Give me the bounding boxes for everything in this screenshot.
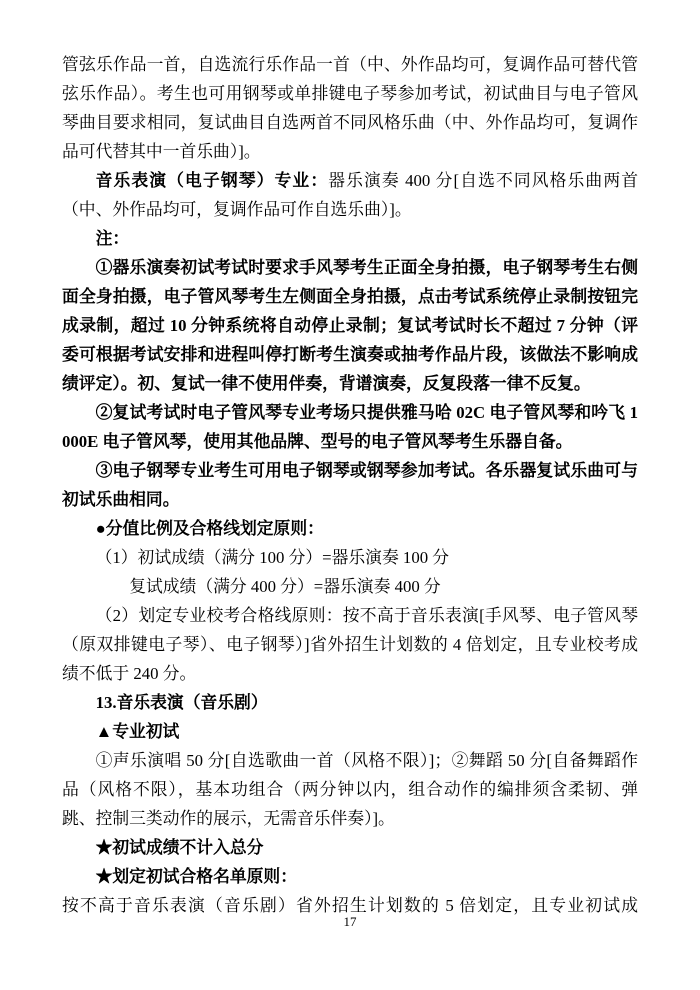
note-label: 注： xyxy=(62,224,638,253)
star-note-1: ★初试成绩不计入总分 xyxy=(62,833,638,862)
major-epiano-paragraph: 音乐表演（电子钢琴）专业：器乐演奏 400 分[自选不同风格乐曲两首（中、外作品… xyxy=(62,166,638,224)
note-2: ②复试考试时电子管风琴专业考场只提供雅马哈 02C 电子管风琴和吟飞 1000E… xyxy=(62,398,638,456)
score-rule-1: （1）初试成绩（满分 100 分）=器乐演奏 100 分 xyxy=(62,543,638,572)
initial-exam-content: ①声乐演唱 50 分[自选歌曲一首（风格不限）]；②舞蹈 50 分[自备舞蹈作品… xyxy=(62,746,638,833)
document-page: 管弦乐作品一首，自选流行乐作品一首（中、外作品均可，复调作品可替代管弦乐作品）。… xyxy=(0,0,700,990)
star-note-2: ★划定初试合格名单原则： xyxy=(62,862,638,891)
score-ratio-heading: ●分值比例及合格线划定原则： xyxy=(62,514,638,543)
page-number: 17 xyxy=(344,914,357,929)
note-3: ③电子钢琴专业考生可用电子钢琴或钢琴参加考试。各乐器复试乐曲可与初试乐曲相同。 xyxy=(62,456,638,514)
major-epiano-label: 音乐表演（电子钢琴）专业： xyxy=(96,171,329,190)
page-footer: 17 xyxy=(0,912,700,932)
continuation-paragraph: 管弦乐作品一首，自选流行乐作品一首（中、外作品均可，复调作品可替代管弦乐作品）。… xyxy=(62,50,638,166)
score-rule-1b: 复试成绩（满分 400 分）=器乐演奏 400 分 xyxy=(62,572,638,601)
section-13-heading: 13.音乐表演（音乐剧） xyxy=(62,688,638,717)
initial-exam-heading: ▲专业初试 xyxy=(62,717,638,746)
document-body: 管弦乐作品一首，自选流行乐作品一首（中、外作品均可，复调作品可替代管弦乐作品）。… xyxy=(62,50,638,920)
score-rule-2: （2）划定专业校考合格线原则：按不高于音乐表演[手风琴、电子管风琴（原双排键电子… xyxy=(62,601,638,688)
note-1: ①器乐演奏初试考试时要求手风琴考生正面全身拍摄，电子钢琴考生右侧面全身拍摄，电子… xyxy=(62,253,638,398)
